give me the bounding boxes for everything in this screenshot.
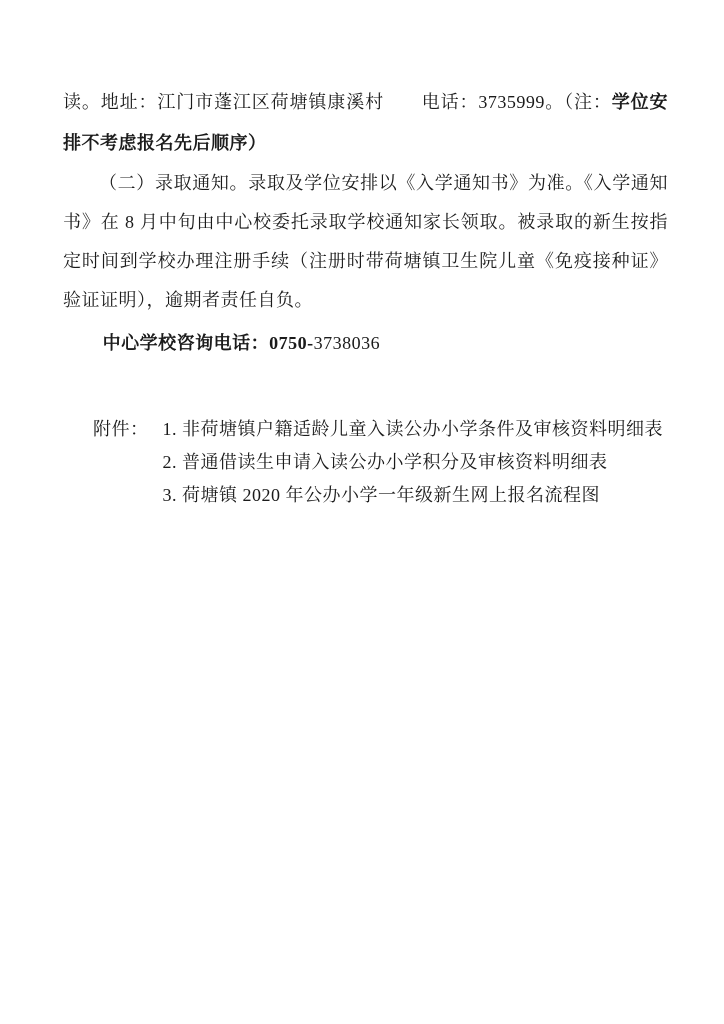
attachments-block: 附件： 1. 非荷塘镇户籍适龄儿童入读公办小学条件及审核资料明细表 2. 普通借…	[63, 413, 668, 512]
address-text: 读。地址：江门市蓬江区荷塘镇康溪村 电话：3735999。（注：	[63, 92, 612, 112]
document-page: 读。地址：江门市蓬江区荷塘镇康溪村 电话：3735999。（注：学位安排不考虑报…	[0, 0, 724, 1024]
paragraph-address: 读。地址：江门市蓬江区荷塘镇康溪村 电话：3735999。（注：学位安排不考虑报…	[63, 82, 668, 164]
attachment-item-3: 3. 荷塘镇 2020 年公办小学一年级新生网上报名流程图	[163, 479, 669, 512]
phone-number-text: 3738036	[314, 333, 381, 353]
attachment-item-2: 2. 普通借读生申请入读公办小学积分及审核资料明细表	[163, 446, 669, 479]
phone-label-bold-text: 中心学校咨询电话：0750-	[103, 333, 314, 353]
paragraph-consultation-phone: 中心学校咨询电话：0750-3738036	[63, 324, 668, 363]
paragraph-admission-notice: （二）录取通知。录取及学位安排以《入学通知书》为准。《入学通知书》在 8 月中旬…	[63, 164, 668, 320]
attachment-item-1: 1. 非荷塘镇户籍适龄儿童入读公办小学条件及审核资料明细表	[163, 413, 669, 446]
attachments-list: 1. 非荷塘镇户籍适龄儿童入读公办小学条件及审核资料明细表 2. 普通借读生申请…	[163, 413, 669, 512]
attachments-label: 附件：	[93, 413, 149, 446]
